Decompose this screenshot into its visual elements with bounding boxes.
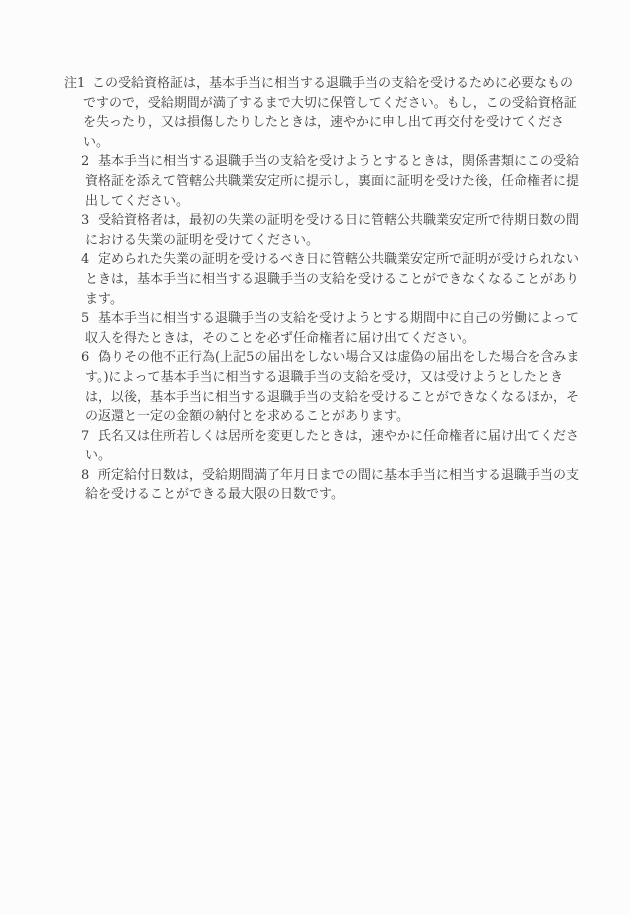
note-marker: 3 xyxy=(81,211,98,231)
note-text: 受給資格者は，最初の失業の証明を受ける日に管轄公共職業安定所で待期日数の間 xyxy=(98,213,579,228)
note-line: 給を受けることができる最大限の日数です。 xyxy=(64,485,604,505)
note-line: 4定められた失業の証明を受けるべき日に管轄公共職業安定所で証明が受けられない xyxy=(64,250,604,270)
document-page: { "colors": { "background": "#fcfcfc", "… xyxy=(0,0,630,915)
note-text: 所定給付日数は，受給期間満了年月日までの間に基本手当に相当する退職手当の支 xyxy=(98,468,579,483)
note-line: は，以後，基本手当に相当する退職手当の支給を受けることができなくなるほか，そ xyxy=(64,388,604,408)
note-line: す。)によって基本手当に相当する退職手当の支給を受け，又は受けようとしたとき xyxy=(64,368,604,388)
note-marker: 5 xyxy=(81,309,98,329)
note-item-1: 注1この受給資格証は，基本手当に相当する退職手当の支給を受けるために必要なもの … xyxy=(64,74,604,152)
note-item-8: 8所定給付日数は，受給期間満了年月日までの間に基本手当に相当する退職手当の支 給… xyxy=(64,466,604,505)
note-marker: 注1 xyxy=(64,74,92,94)
note-line: ですので，受給期間が満了するまで大切に保管してください。もし，この受給資格証 xyxy=(64,94,604,114)
note-marker: 7 xyxy=(81,427,98,447)
note-text: この受給資格証は，基本手当に相当する退職手当の支給を受けるために必要なもの xyxy=(92,76,573,91)
note-marker: 8 xyxy=(81,466,98,486)
note-item-5: 5基本手当に相当する退職手当の支給を受けようとする期間中に自己の労働によって 収… xyxy=(64,309,604,348)
note-line: 8所定給付日数は，受給期間満了年月日までの間に基本手当に相当する退職手当の支 xyxy=(64,466,604,486)
note-item-4: 4定められた失業の証明を受けるべき日に管轄公共職業安定所で証明が受けられない と… xyxy=(64,250,604,309)
note-line: 2基本手当に相当する退職手当の支給を受けようとするときは，関係書類にこの受給 xyxy=(64,152,604,172)
note-line: い。 xyxy=(64,133,604,153)
note-line: の返還と一定の金額の納付とを求めることがあります。 xyxy=(64,407,604,427)
note-text: 偽りその他不正行為(上記5の届出をしない場合又は虚偽の届出をした場合を含みま xyxy=(98,350,579,365)
note-text: 定められた失業の証明を受けるべき日に管轄公共職業安定所で証明が受けられない xyxy=(98,252,579,267)
note-line: における失業の証明を受けてください。 xyxy=(64,231,604,251)
note-line: 6偽りその他不正行為(上記5の届出をしない場合又は虚偽の届出をした場合を含みま xyxy=(64,348,604,368)
note-marker: 6 xyxy=(81,348,98,368)
note-line: 収入を得たときは，そのことを必ず任命権者に届け出てください。 xyxy=(64,329,604,349)
note-item-3: 3受給資格者は，最初の失業の証明を受ける日に管轄公共職業安定所で待期日数の間 に… xyxy=(64,211,604,250)
note-line: 5基本手当に相当する退職手当の支給を受けようとする期間中に自己の労働によって xyxy=(64,309,604,329)
note-item-7: 7氏名又は住所若しくは居所を変更したときは，速やかに任命権者に届け出てくださ い… xyxy=(64,427,604,466)
note-line: ます。 xyxy=(64,290,604,310)
note-item-6: 6偽りその他不正行為(上記5の届出をしない場合又は虚偽の届出をした場合を含みま … xyxy=(64,348,604,426)
note-text: 基本手当に相当する退職手当の支給を受けようとするときは，関係書類にこの受給 xyxy=(98,154,579,169)
note-line: 資格証を添えて管轄公共職業安定所に提示し，裏面に証明を受けた後，任命権者に提 xyxy=(64,172,604,192)
note-item-2: 2基本手当に相当する退職手当の支給を受けようとするときは，関係書類にこの受給 資… xyxy=(64,152,604,211)
note-line: 3受給資格者は，最初の失業の証明を受ける日に管轄公共職業安定所で待期日数の間 xyxy=(64,211,604,231)
note-line: ときは，基本手当に相当する退職手当の支給を受けることができなくなることがあり xyxy=(64,270,604,290)
note-line: を失ったり，又は損傷したりしたときは，速やかに申し出て再交付を受けてくださ xyxy=(64,113,604,133)
note-line: い。 xyxy=(64,446,604,466)
note-line: 注1この受給資格証は，基本手当に相当する退職手当の支給を受けるために必要なもの xyxy=(64,74,604,94)
note-text: 基本手当に相当する退職手当の支給を受けようとする期間中に自己の労働によって xyxy=(98,311,579,326)
notes-block: 注1この受給資格証は，基本手当に相当する退職手当の支給を受けるために必要なもの … xyxy=(64,74,604,505)
note-text: 氏名又は住所若しくは居所を変更したときは，速やかに任命権者に届け出てくださ xyxy=(98,429,579,444)
note-line: 7氏名又は住所若しくは居所を変更したときは，速やかに任命権者に届け出てくださ xyxy=(64,427,604,447)
note-marker: 2 xyxy=(81,152,98,172)
note-line: 出してください。 xyxy=(64,192,604,212)
note-marker: 4 xyxy=(81,250,98,270)
